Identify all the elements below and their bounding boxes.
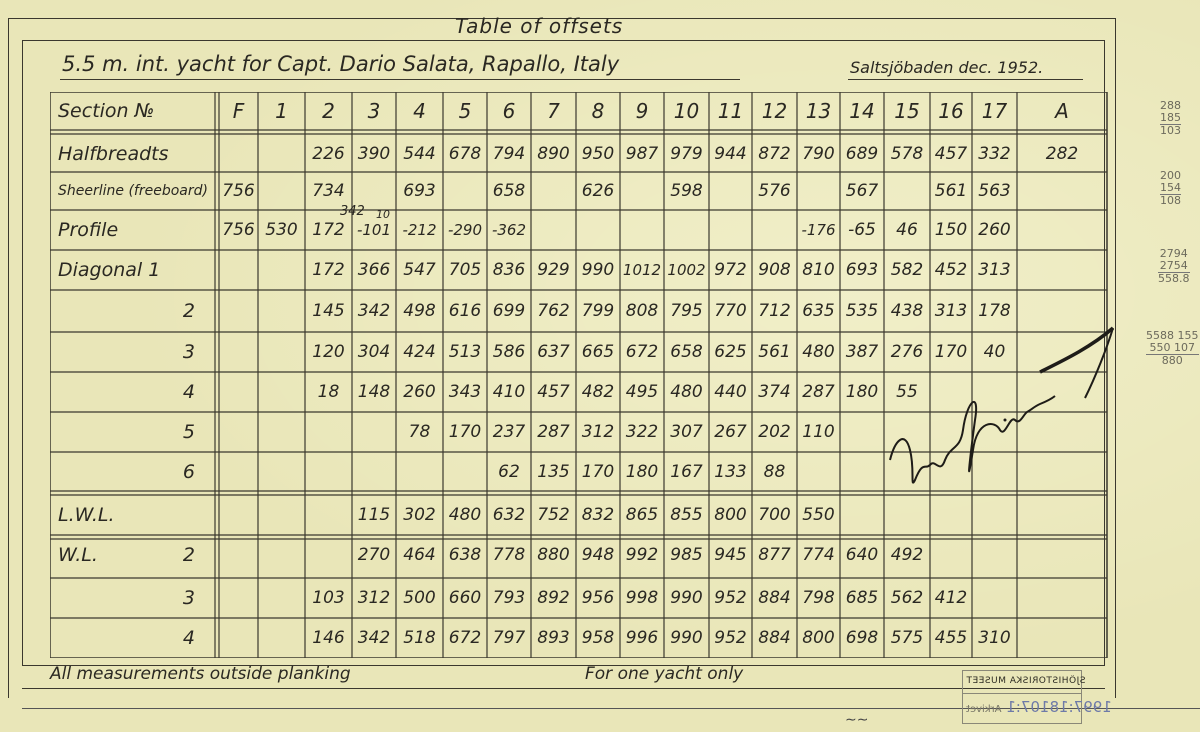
row-sublabel: 2: [50, 290, 195, 332]
table-cell: 1012: [620, 250, 664, 290]
table-cell: 307: [664, 412, 709, 452]
column-header-16: 16: [930, 92, 972, 130]
table-cell: 948: [576, 535, 620, 575]
table-cell: 1002: [664, 250, 709, 290]
row-label: Halfbreadts: [58, 135, 169, 172]
table-cell: 18: [305, 372, 352, 412]
column-header-4: 4: [396, 92, 443, 130]
table-cell: 237: [487, 412, 531, 452]
table-cell: 410: [487, 372, 531, 412]
table-cell: 498: [396, 290, 443, 332]
table-cell: 133: [709, 452, 752, 492]
table-cell: 865: [620, 495, 664, 535]
table-cell: 170: [576, 452, 620, 492]
column-header-2: 2: [305, 92, 352, 130]
table-cell: 390: [352, 135, 396, 172]
table-cell: 700: [752, 495, 797, 535]
column-header-14: 14: [840, 92, 884, 130]
table-cell: 260: [396, 372, 443, 412]
table-cell: -65: [840, 210, 884, 250]
annotation-10: 10: [376, 208, 390, 221]
table-cell: 689: [840, 135, 884, 172]
table-cell: 412: [930, 578, 972, 618]
column-header-A: A: [1017, 92, 1107, 130]
table-cell: 342: [352, 618, 396, 658]
table-cell: 908: [752, 250, 797, 290]
table-cell: 808: [620, 290, 664, 332]
row-sublabel: 5: [50, 412, 195, 452]
table-cell: 586: [487, 332, 531, 372]
column-header-12: 12: [752, 92, 797, 130]
table-cell: 884: [752, 618, 797, 658]
title-underline: [450, 40, 690, 41]
margin-note-1: 288 185 103: [1160, 100, 1181, 137]
table-cell: 424: [396, 332, 443, 372]
row-sublabel: 3: [50, 332, 195, 372]
footer-note-measurements: All measurements outside planking: [50, 664, 351, 684]
row-label: Sheerline (freeboard): [58, 172, 208, 210]
table-cell: 800: [709, 495, 752, 535]
table-cell: 693: [840, 250, 884, 290]
table-cell: 302: [396, 495, 443, 535]
table-cell: 794: [487, 135, 531, 172]
table-cell: 172: [305, 250, 352, 290]
table-cell: 366: [352, 250, 396, 290]
table-cell: 756: [219, 172, 258, 210]
table-cell: 698: [840, 618, 884, 658]
table-cell: 658: [664, 332, 709, 372]
table-cell: 62: [487, 452, 531, 492]
table-cell: 800: [797, 618, 840, 658]
table-cell: 762: [531, 290, 576, 332]
table-cell: 387: [840, 332, 884, 372]
table-cell: 797: [487, 618, 531, 658]
table-cell: 180: [620, 452, 664, 492]
annotation-342: 342: [340, 204, 365, 219]
table-cell: 544: [396, 135, 443, 172]
table-cell: 790: [797, 135, 840, 172]
column-header-F: F: [219, 92, 258, 130]
table-cell: 513: [443, 332, 487, 372]
table-cell: 625: [709, 332, 752, 372]
table-cell: 699: [487, 290, 531, 332]
table-cell: 945: [709, 535, 752, 575]
table-cell: 518: [396, 618, 443, 658]
place-date-underline: [848, 79, 1083, 80]
table-cell: 778: [487, 535, 531, 575]
table-cell: 979: [664, 135, 709, 172]
table-cell: 148: [352, 372, 396, 412]
table-cell: 578: [884, 135, 930, 172]
table-cell: 990: [664, 618, 709, 658]
table-cell: 660: [443, 578, 487, 618]
row-sublabel: 6: [50, 452, 195, 492]
table-cell: 678: [443, 135, 487, 172]
column-header-15: 15: [884, 92, 930, 130]
table-cell: 770: [709, 290, 752, 332]
margin-note-2: 200 154 108: [1160, 170, 1181, 207]
column-header-6: 6: [487, 92, 531, 130]
table-cell: 598: [664, 172, 709, 210]
table-cell: 282: [1017, 135, 1107, 172]
table-cell: 115: [352, 495, 396, 535]
column-header-1: 1: [258, 92, 305, 130]
table-cell: 892: [531, 578, 576, 618]
row-sublabel: 3: [50, 578, 195, 618]
table-cell: 632: [487, 495, 531, 535]
table-cell: 952: [709, 578, 752, 618]
table-cell: 795: [664, 290, 709, 332]
table-cell: 575: [884, 618, 930, 658]
table-cell: 880: [531, 535, 576, 575]
row-label: Profile: [58, 210, 118, 250]
table-cell: 798: [797, 578, 840, 618]
document-title: Table of offsets: [455, 14, 623, 38]
subtitle-underline: [60, 79, 740, 80]
column-header-8: 8: [576, 92, 620, 130]
table-cell: 78: [396, 412, 443, 452]
table-cell: 640: [840, 535, 884, 575]
table-cell: 635: [797, 290, 840, 332]
table-cell: 672: [443, 618, 487, 658]
table-cell: 310: [972, 618, 1017, 658]
table-cell: 990: [576, 250, 620, 290]
row-label: L.W.L.: [58, 495, 115, 535]
row-sublabel: 4: [50, 618, 195, 658]
table-cell: 987: [620, 135, 664, 172]
table-cell: 884: [752, 578, 797, 618]
stamp-museum-name: SJÖHISTORISKA MUSEET: [966, 676, 1086, 686]
table-cell: 985: [664, 535, 709, 575]
table-cell: 562: [884, 578, 930, 618]
table-cell: 287: [531, 412, 576, 452]
margin-note-3: 2794 2754 558.8: [1158, 248, 1190, 285]
table-cell: 855: [664, 495, 709, 535]
table-cell: 226: [305, 135, 352, 172]
table-cell: 626: [576, 172, 620, 210]
column-header-7: 7: [531, 92, 576, 130]
table-cell: 313: [972, 250, 1017, 290]
table-cell: 500: [396, 578, 443, 618]
table-cell: 774: [797, 535, 840, 575]
table-cell: 103: [305, 578, 352, 618]
table-cell: 547: [396, 250, 443, 290]
table-cell: 810: [797, 250, 840, 290]
table-cell: 343: [443, 372, 487, 412]
document-subtitle: 5.5 m. int. yacht for Capt. Dario Salata…: [62, 52, 619, 76]
table-cell: 167: [664, 452, 709, 492]
footer-note-one-yacht: For one yacht only: [585, 664, 743, 684]
table-cell: -362: [487, 210, 531, 250]
table-cell: 457: [930, 135, 972, 172]
table-cell: -176: [797, 210, 840, 250]
table-cell: 180: [840, 372, 884, 412]
table-cell: 658: [487, 172, 531, 210]
table-cell: 374: [752, 372, 797, 412]
table-cell: 685: [840, 578, 884, 618]
table-cell: 170: [443, 412, 487, 452]
table-cell: 567: [840, 172, 884, 210]
table-cell: 752: [531, 495, 576, 535]
table-cell: 672: [620, 332, 664, 372]
table-cell: 582: [884, 250, 930, 290]
table-cell: -290: [443, 210, 487, 250]
table-cell: 693: [396, 172, 443, 210]
table-cell: 120: [305, 332, 352, 372]
table-cell: 270: [352, 535, 396, 575]
table-cell: 46: [884, 210, 930, 250]
table-cell: 287: [797, 372, 840, 412]
column-header-3: 3: [352, 92, 396, 130]
table-cell: 110: [797, 412, 840, 452]
table-cell: 756: [219, 210, 258, 250]
table-cell: 877: [752, 535, 797, 575]
margin-note-4: 5588 155 550 107 880: [1146, 330, 1199, 367]
column-header-13: 13: [797, 92, 840, 130]
table-cell: 992: [620, 535, 664, 575]
table-cell: 665: [576, 332, 620, 372]
table-cell: 563: [972, 172, 1017, 210]
table-cell: 990: [664, 578, 709, 618]
table-cell: 480: [797, 332, 840, 372]
table-cell: 342: [352, 290, 396, 332]
table-cell: 550: [797, 495, 840, 535]
table-cell: 793: [487, 578, 531, 618]
table-cell: 893: [531, 618, 576, 658]
column-header-5: 5: [443, 92, 487, 130]
table-cell: 832: [576, 495, 620, 535]
row-sublabel: 4: [50, 372, 195, 412]
table-cell: 712: [752, 290, 797, 332]
table-cell: 495: [620, 372, 664, 412]
squiggle-mark: ∼∼: [845, 712, 868, 728]
table-cell: 146: [305, 618, 352, 658]
table-cell: 492: [884, 535, 930, 575]
table-cell: 950: [576, 135, 620, 172]
table-cell: 799: [576, 290, 620, 332]
table-cell: 135: [531, 452, 576, 492]
table-cell: 929: [531, 250, 576, 290]
footer-underline: [22, 688, 1105, 689]
table-cell: 956: [576, 578, 620, 618]
table-cell: 561: [752, 332, 797, 372]
table-cell: 480: [443, 495, 487, 535]
table-cell: 440: [709, 372, 752, 412]
header-section-label: Section №: [58, 92, 154, 130]
table-cell: 322: [620, 412, 664, 452]
table-cell: 452: [930, 250, 972, 290]
table-cell: 457: [531, 372, 576, 412]
table-cell: 202: [752, 412, 797, 452]
stamp-archive-number: 1997:18107:1 Arkivet: [966, 698, 1112, 716]
column-header-9: 9: [620, 92, 664, 130]
table-cell: 638: [443, 535, 487, 575]
table-cell: 332: [972, 135, 1017, 172]
table-cell: 952: [709, 618, 752, 658]
table-cell: 312: [352, 578, 396, 618]
table-cell: 150: [930, 210, 972, 250]
column-header-10: 10: [664, 92, 709, 130]
table-cell: 480: [664, 372, 709, 412]
table-cell: 872: [752, 135, 797, 172]
table-cell: 88: [752, 452, 797, 492]
table-cell: 145: [305, 290, 352, 332]
table-cell: 836: [487, 250, 531, 290]
signature-icon: [885, 320, 1115, 515]
table-cell: 561: [930, 172, 972, 210]
table-cell: 890: [531, 135, 576, 172]
table-cell: 958: [576, 618, 620, 658]
table-cell: 530: [258, 210, 305, 250]
table-cell: 464: [396, 535, 443, 575]
table-cell: 267: [709, 412, 752, 452]
table-cell: 576: [752, 172, 797, 210]
table-cell: 260: [972, 210, 1017, 250]
row-sublabel: 2: [50, 535, 195, 575]
table-cell: 705: [443, 250, 487, 290]
table-cell: 996: [620, 618, 664, 658]
table-cell: 972: [709, 250, 752, 290]
table-cell: 535: [840, 290, 884, 332]
table-cell: 944: [709, 135, 752, 172]
column-header-17: 17: [972, 92, 1017, 130]
place-date: Saltsjöbaden dec. 1952.: [850, 58, 1043, 77]
row-label: Diagonal 1: [58, 250, 160, 290]
table-cell: -212: [396, 210, 443, 250]
table-cell: 312: [576, 412, 620, 452]
table-cell: 304: [352, 332, 396, 372]
table-cell: 637: [531, 332, 576, 372]
table-cell: 998: [620, 578, 664, 618]
table-cell: 482: [576, 372, 620, 412]
table-cell: 455: [930, 618, 972, 658]
column-header-11: 11: [709, 92, 752, 130]
table-cell: 616: [443, 290, 487, 332]
